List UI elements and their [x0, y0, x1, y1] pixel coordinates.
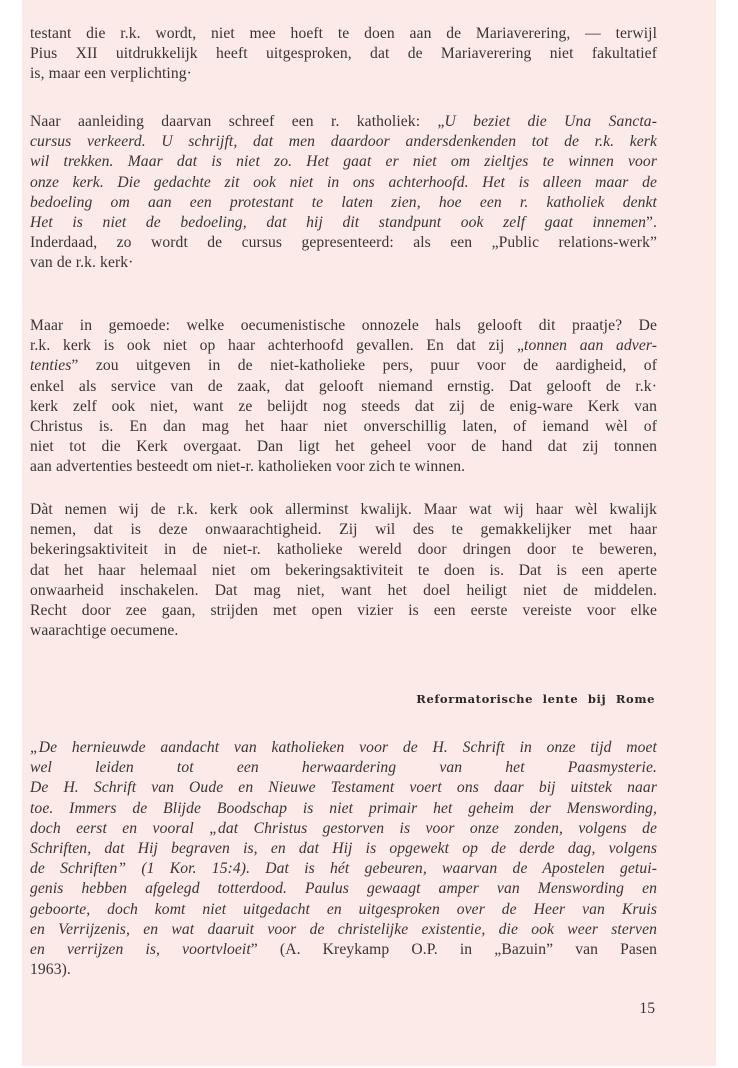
text-line: kerk zelf ook niet, want ze belijdt nog …	[30, 397, 657, 417]
text-line: Dàt nemen wij de r.k. kerk ook allermins…	[30, 500, 657, 520]
text-line: Pius XII uitdrukkelijk heeft uitgesproke…	[30, 44, 657, 64]
text-line: niet tot die Kerk overgaat. Dan ligt het…	[30, 437, 657, 457]
paragraph: Naar aanleiding daarvan schreef een r. k…	[30, 112, 657, 274]
text-line: Recht door zee gaan, strijden met open v…	[30, 601, 657, 621]
text-line: r.k. kerk is ook niet op haar achterhoof…	[30, 336, 657, 356]
text-line: genis hebben afgelegd totterdood. Paulus…	[30, 879, 657, 899]
text-line: bekeringsaktiviteit in de niet-r. kathol…	[30, 540, 657, 560]
text-line: waarachtige oecumene.	[30, 621, 657, 641]
text-line: 1963).	[30, 960, 657, 980]
text-line: De H. Schrift van Oude en Nieuwe Testame…	[30, 778, 657, 798]
text-line: geboorte, doch komt niet uitgedacht en u…	[30, 900, 657, 920]
paragraph: testant die r.k. wordt, niet mee hoeft t…	[30, 24, 657, 85]
text-line: en verrijzen is, voortvloeit” (A. Kreyka…	[30, 940, 657, 960]
text-line: onwaarheid inschakelen. Dat mag niet, wa…	[30, 581, 657, 601]
text-line: Inderdaad, zo wordt de cursus gepresente…	[30, 233, 657, 253]
text-line: toe. Immers de Blijde Boodschap is niet …	[30, 799, 657, 819]
text-line: Schriften, dat Hij begraven is, en dat H…	[30, 839, 657, 859]
text-line: onze kerk. Die gedachte zit ook niet in …	[30, 173, 657, 193]
paragraph: Maar in gemoede: welke oecumenistische o…	[30, 316, 657, 478]
text-line: doch eerst en vooral „dat Christus gesto…	[30, 819, 657, 839]
text-line: wel leiden tot een herwaardering van het…	[30, 758, 657, 778]
text-line: van de r.k. kerk·	[30, 253, 657, 273]
text-line: Christus is. En dan mag het haar niet on…	[30, 417, 657, 437]
text-line: en Verrijzenis, en wat daaruit voor de c…	[30, 920, 657, 940]
text-line: wil trekken. Maar dat is niet zo. Het ga…	[30, 152, 657, 172]
text-line: cursus verkeerd. U schrijft, dat men daa…	[30, 132, 657, 152]
page-number: 15	[639, 1000, 655, 1018]
book-page: testant die r.k. wordt, niet mee hoeft t…	[22, 0, 716, 1066]
text-line: de Schriften” (1 Kor. 15:4). Dat is hét …	[30, 859, 657, 879]
text-line: aan advertenties besteedt om niet-r. kat…	[30, 457, 657, 477]
text-line: Het is niet de bedoeling, dat hij dit st…	[30, 213, 657, 233]
text-line: dat het haar helemaal niet om bekeringsa…	[30, 561, 657, 581]
text-line: Maar in gemoede: welke oecumenistische o…	[30, 316, 657, 336]
text-line: tenties” zou uitgeven in de niet-katholi…	[30, 356, 657, 376]
text-line: is, maar een verplichting·	[30, 64, 657, 84]
text-line: „De hernieuwde aandacht van katholieken …	[30, 738, 657, 758]
section-heading: Reformatorische lente bij Rome	[416, 692, 655, 706]
text-line: Naar aanleiding daarvan schreef een r. k…	[30, 112, 657, 132]
paragraph: Dàt nemen wij de r.k. kerk ook allermins…	[30, 500, 657, 641]
text-line: enkel als service van de zaak, dat geloo…	[30, 377, 657, 397]
text-line: nemen, dat is deze onwaarachtigheid. Zij…	[30, 520, 657, 540]
text-line: testant die r.k. wordt, niet mee hoeft t…	[30, 24, 657, 44]
text-line: bedoeling om aan een protestant te laten…	[30, 193, 657, 213]
block-quote: „De hernieuwde aandacht van katholieken …	[30, 738, 657, 980]
